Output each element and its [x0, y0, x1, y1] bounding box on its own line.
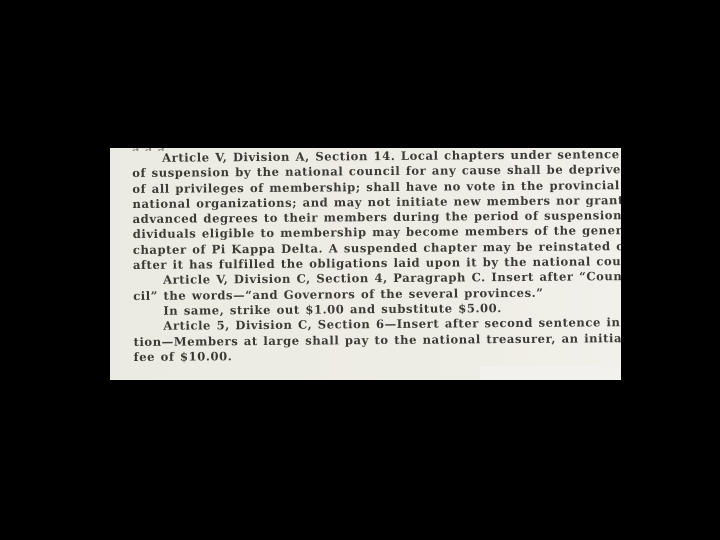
paragraph-article-v-div-a-sec-14: Article V, Division A, Section 14. Local… [132, 148, 603, 273]
document-text: a.a.a. Article V, Division A, Section 14… [132, 148, 604, 365]
text-line: fee of $10.00. [134, 346, 604, 365]
paragraph-article-5-div-c-sec-6: Article 5, Division C, Section 6—Insert … [133, 316, 603, 366]
scanned-page: a.a.a. Article V, Division A, Section 14… [110, 148, 621, 380]
paragraph-article-v-div-c-sec-4: Article V, Division C, Section 4, Paragr… [133, 270, 603, 304]
